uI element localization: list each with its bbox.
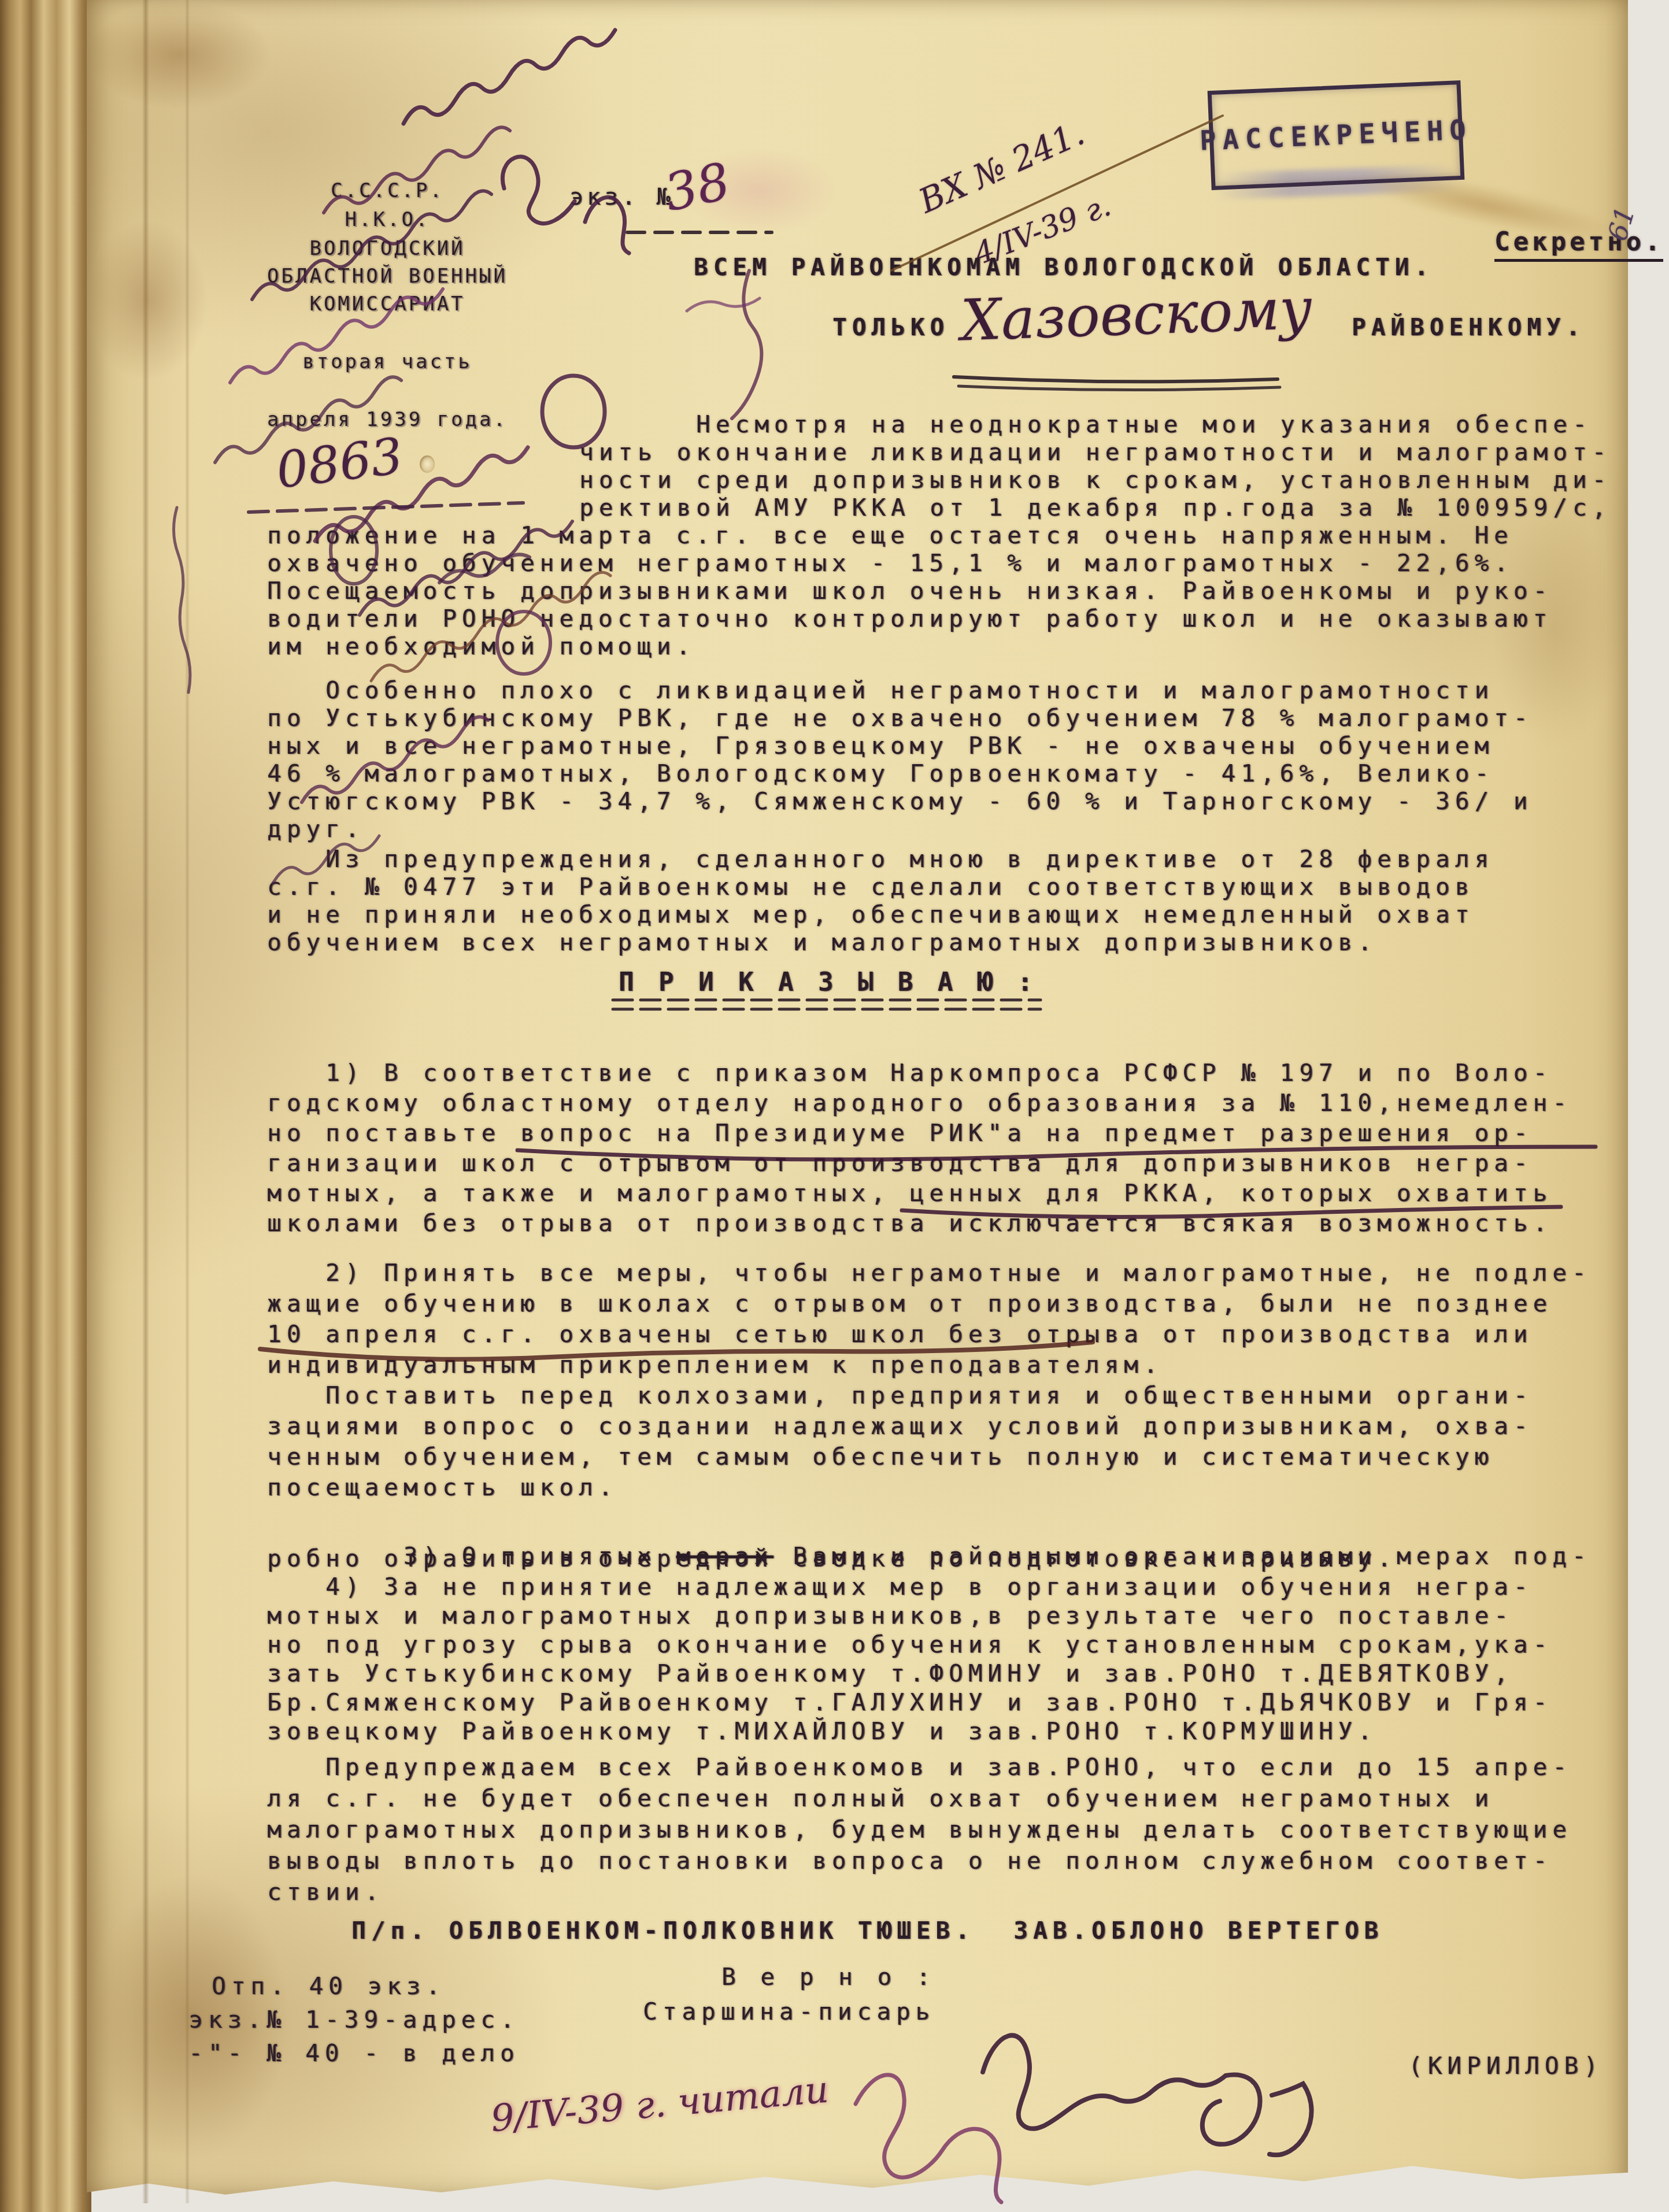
warning-paragraph: Предупреждаем всех Райвоенкомов и зав.РО… — [267, 1751, 1572, 1907]
signature-line: П/п. ОБЛВОЕНКОМ-ПОЛКОВНИК ТЮШЕВ. ЗАВ.ОБЛ… — [351, 1917, 1383, 1944]
addressee-name-handwritten: Хазовскому — [960, 276, 1313, 354]
copies-note-line3: -"- № 40 - в дело — [188, 2039, 520, 2067]
clerk-name: (КИРИЛЛОВ) — [1408, 2052, 1603, 2080]
addressee-all-line: ВСЕМ РАЙВОЕНКОМАМ ВОЛОГОДСКОЙ ОБЛАСТИ. — [694, 253, 1434, 281]
paragraph-2: Особенно плохо с ликвидацией неграмотнос… — [267, 676, 1533, 843]
addressee-only-label: ТОЛЬКО — [832, 313, 949, 341]
letterhead-date-line: апреля 1939 года. — [237, 408, 538, 431]
letterhead-line: С.С.С.Р. — [237, 179, 538, 202]
order-item-4: 4) За не принятие надлежащих мер в орган… — [267, 1572, 1552, 1746]
letterhead-line: КОМИССАРИАТ — [237, 292, 538, 316]
copies-note-line1: Отп. 40 экз. — [212, 1972, 445, 2000]
paragraph-3: Из предупреждения, сделанного мною в дир… — [267, 845, 1494, 956]
letterhead-section: вторая часть — [237, 350, 538, 373]
order-heading: П Р И К А З Ы В А Ю : — [619, 968, 1037, 997]
document-scan: РАССЕКРЕЧЕНО Секретно. 61 ВХ № 241. 4/IV… — [0, 0, 1669, 2212]
order-item-2b: Поставить перед колхозами, предприятия и… — [267, 1380, 1533, 1503]
order-item-3-line2: робно отразить в очередной сводке по под… — [267, 1544, 1397, 1572]
book-binding-edge — [0, 0, 91, 2212]
letterhead-line: Н.К.О. — [237, 208, 538, 231]
copy-label: экз. № — [569, 184, 674, 210]
order-item-2: 2) Принять все меры, чтобы неграмотные и… — [267, 1258, 1592, 1380]
paragraph-1b: положение на 1 марта с.г. все еще остает… — [267, 521, 1552, 660]
declassified-stamp: РАССЕКРЕЧЕНО — [1208, 80, 1465, 190]
punch-hole — [420, 455, 435, 473]
copies-note-line2: экз.№ 1-39-адрес. — [188, 2006, 520, 2033]
certification-label: В е р н о : — [721, 1963, 936, 1991]
letterhead-line: ОБЛАСТНОЙ ВОЕННЫЙ — [237, 265, 538, 288]
addressee-title: РАЙВОЕНКОМУ. — [1352, 313, 1585, 341]
letterhead-line: ВОЛОГОДСКИЙ — [237, 237, 538, 260]
clerk-title: Старшина-писарь — [643, 1998, 935, 2025]
paragraph-1a: Несмотря на неоднократные мои указания о… — [579, 410, 1611, 521]
order-item-1: 1) В соответствие с приказом Наркомпроса… — [267, 1058, 1572, 1238]
declassified-stamp-text: РАССЕКРЕЧЕНО — [1199, 114, 1472, 157]
